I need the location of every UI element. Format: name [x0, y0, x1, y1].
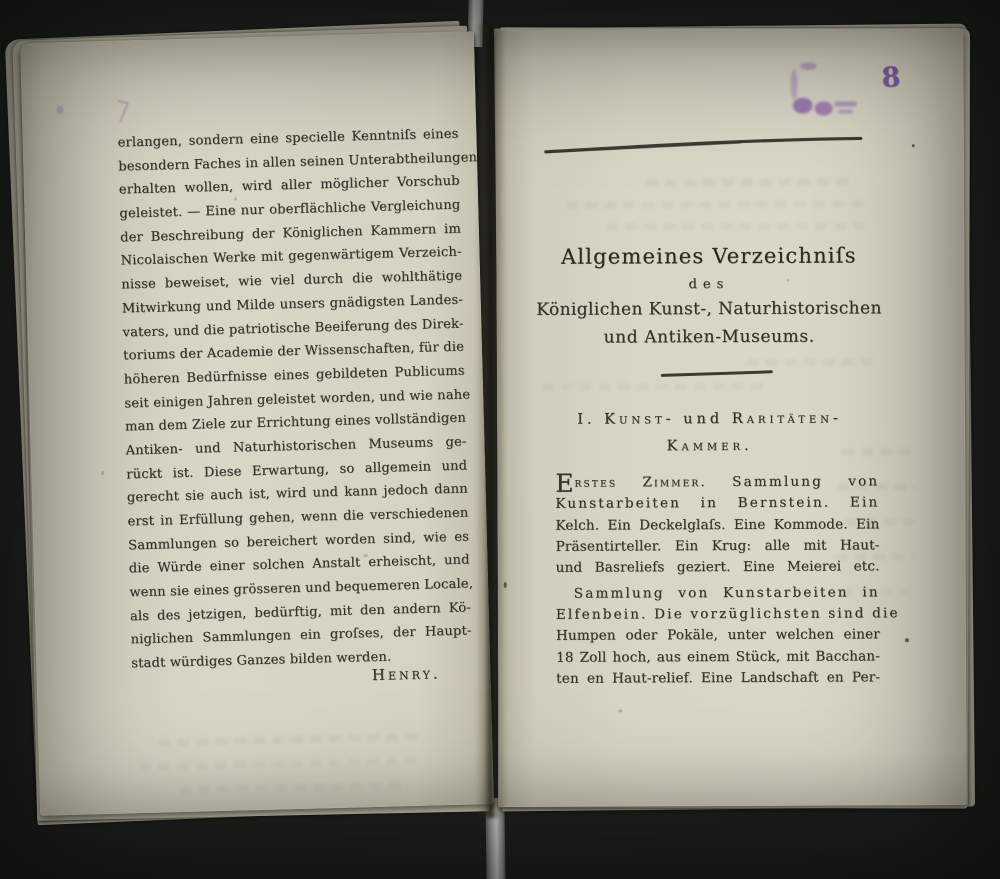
- foxing-speck: [786, 279, 789, 282]
- body-line: Kelch. Ein Deckelglaſs. Eine Kommode. Ei…: [555, 516, 879, 539]
- page-title: Allgemeines Verzeichniſs des Königlichen…: [516, 243, 901, 348]
- left-page: erlangen, sondern eine specielle Kenntni…: [20, 31, 494, 816]
- dirt-speck: [905, 638, 909, 642]
- gutter-shadow: [475, 24, 505, 818]
- paragraph-opening: rstes Zimmer.: [574, 474, 706, 491]
- body-line: Humpen oder Pokäle, unter welchen einer: [556, 627, 880, 650]
- section-numeral: I.: [577, 412, 595, 428]
- ink-bleedthrough: [836, 553, 916, 560]
- section-heading-line-1: I. Kunst- und Raritäten-: [517, 410, 902, 428]
- separator-rule-short: [661, 370, 773, 377]
- ink-stamp-smudge: [788, 60, 862, 124]
- body-line: Präsentirteller. Ein Krug: alle mit Haut…: [556, 537, 880, 560]
- title-line-3: Königlichen Kunst-, Naturhistorischen: [516, 298, 901, 320]
- body-line: 18 Zoll hoch, aus einem Stück, mit Bacch…: [556, 648, 880, 671]
- ink-bleedthrough: [606, 222, 866, 230]
- ink-bleedthrough: [842, 448, 912, 455]
- ink-bleedthrough: [646, 178, 856, 186]
- section-word: Raritäten-: [732, 411, 842, 427]
- ink-bleedthrough: [139, 757, 419, 771]
- section-conjunction: und: [683, 411, 723, 427]
- body-line: Sammlung von Kunstarbeiten in: [556, 584, 880, 607]
- ink-stamp-number: 8: [881, 62, 902, 94]
- body-line: Kunstarbeiten in Bernstein. Ein: [555, 495, 879, 518]
- body-line: Elfenbein. Die vorzüglichsten sind die: [556, 605, 880, 628]
- drop-cap: E: [555, 469, 574, 498]
- ink-bleedthrough: [845, 518, 913, 525]
- ink-bleedthrough: [179, 781, 409, 794]
- body-line: Erstes Zimmer. Sammlung von: [555, 473, 879, 496]
- right-page: 8 Allgemeines Verzeichniſs des Königlich…: [495, 28, 966, 807]
- ink-bleedthrough: [837, 483, 915, 490]
- author-signature: Henry.: [372, 664, 441, 684]
- title-line-2: des: [516, 276, 901, 293]
- separator-rule-long: [536, 126, 876, 159]
- dirt-speck: [912, 144, 915, 147]
- section-word: Kunst-: [604, 411, 675, 427]
- left-page-body: erlangen, sondern eine specielle Kenntni…: [117, 127, 472, 681]
- ink-bleedthrough: [542, 383, 772, 391]
- foxing-speck: [101, 471, 104, 475]
- foxing-speck: [234, 197, 237, 200]
- ink-bleedthrough: [842, 588, 914, 595]
- body-line: ten en Haut-relief. Eine Landschaft en P…: [556, 669, 880, 692]
- body-line: und Basreliefs geziert. Eine Meierei etc…: [556, 559, 880, 582]
- book-scan: erlangen, sondern eine specielle Kenntni…: [0, 0, 1000, 879]
- right-page-body: Erstes Zimmer. Sammlung von Kunstarbeite…: [555, 473, 880, 692]
- title-line-1: Allgemeines Verzeichniſs: [516, 243, 901, 269]
- foxing-speck: [618, 709, 622, 712]
- ink-bleedthrough: [158, 733, 418, 747]
- title-line-4: und Antiken-Museums.: [517, 326, 902, 348]
- ink-bleedthrough: [747, 358, 877, 366]
- ink-bleedthrough: [566, 200, 866, 208]
